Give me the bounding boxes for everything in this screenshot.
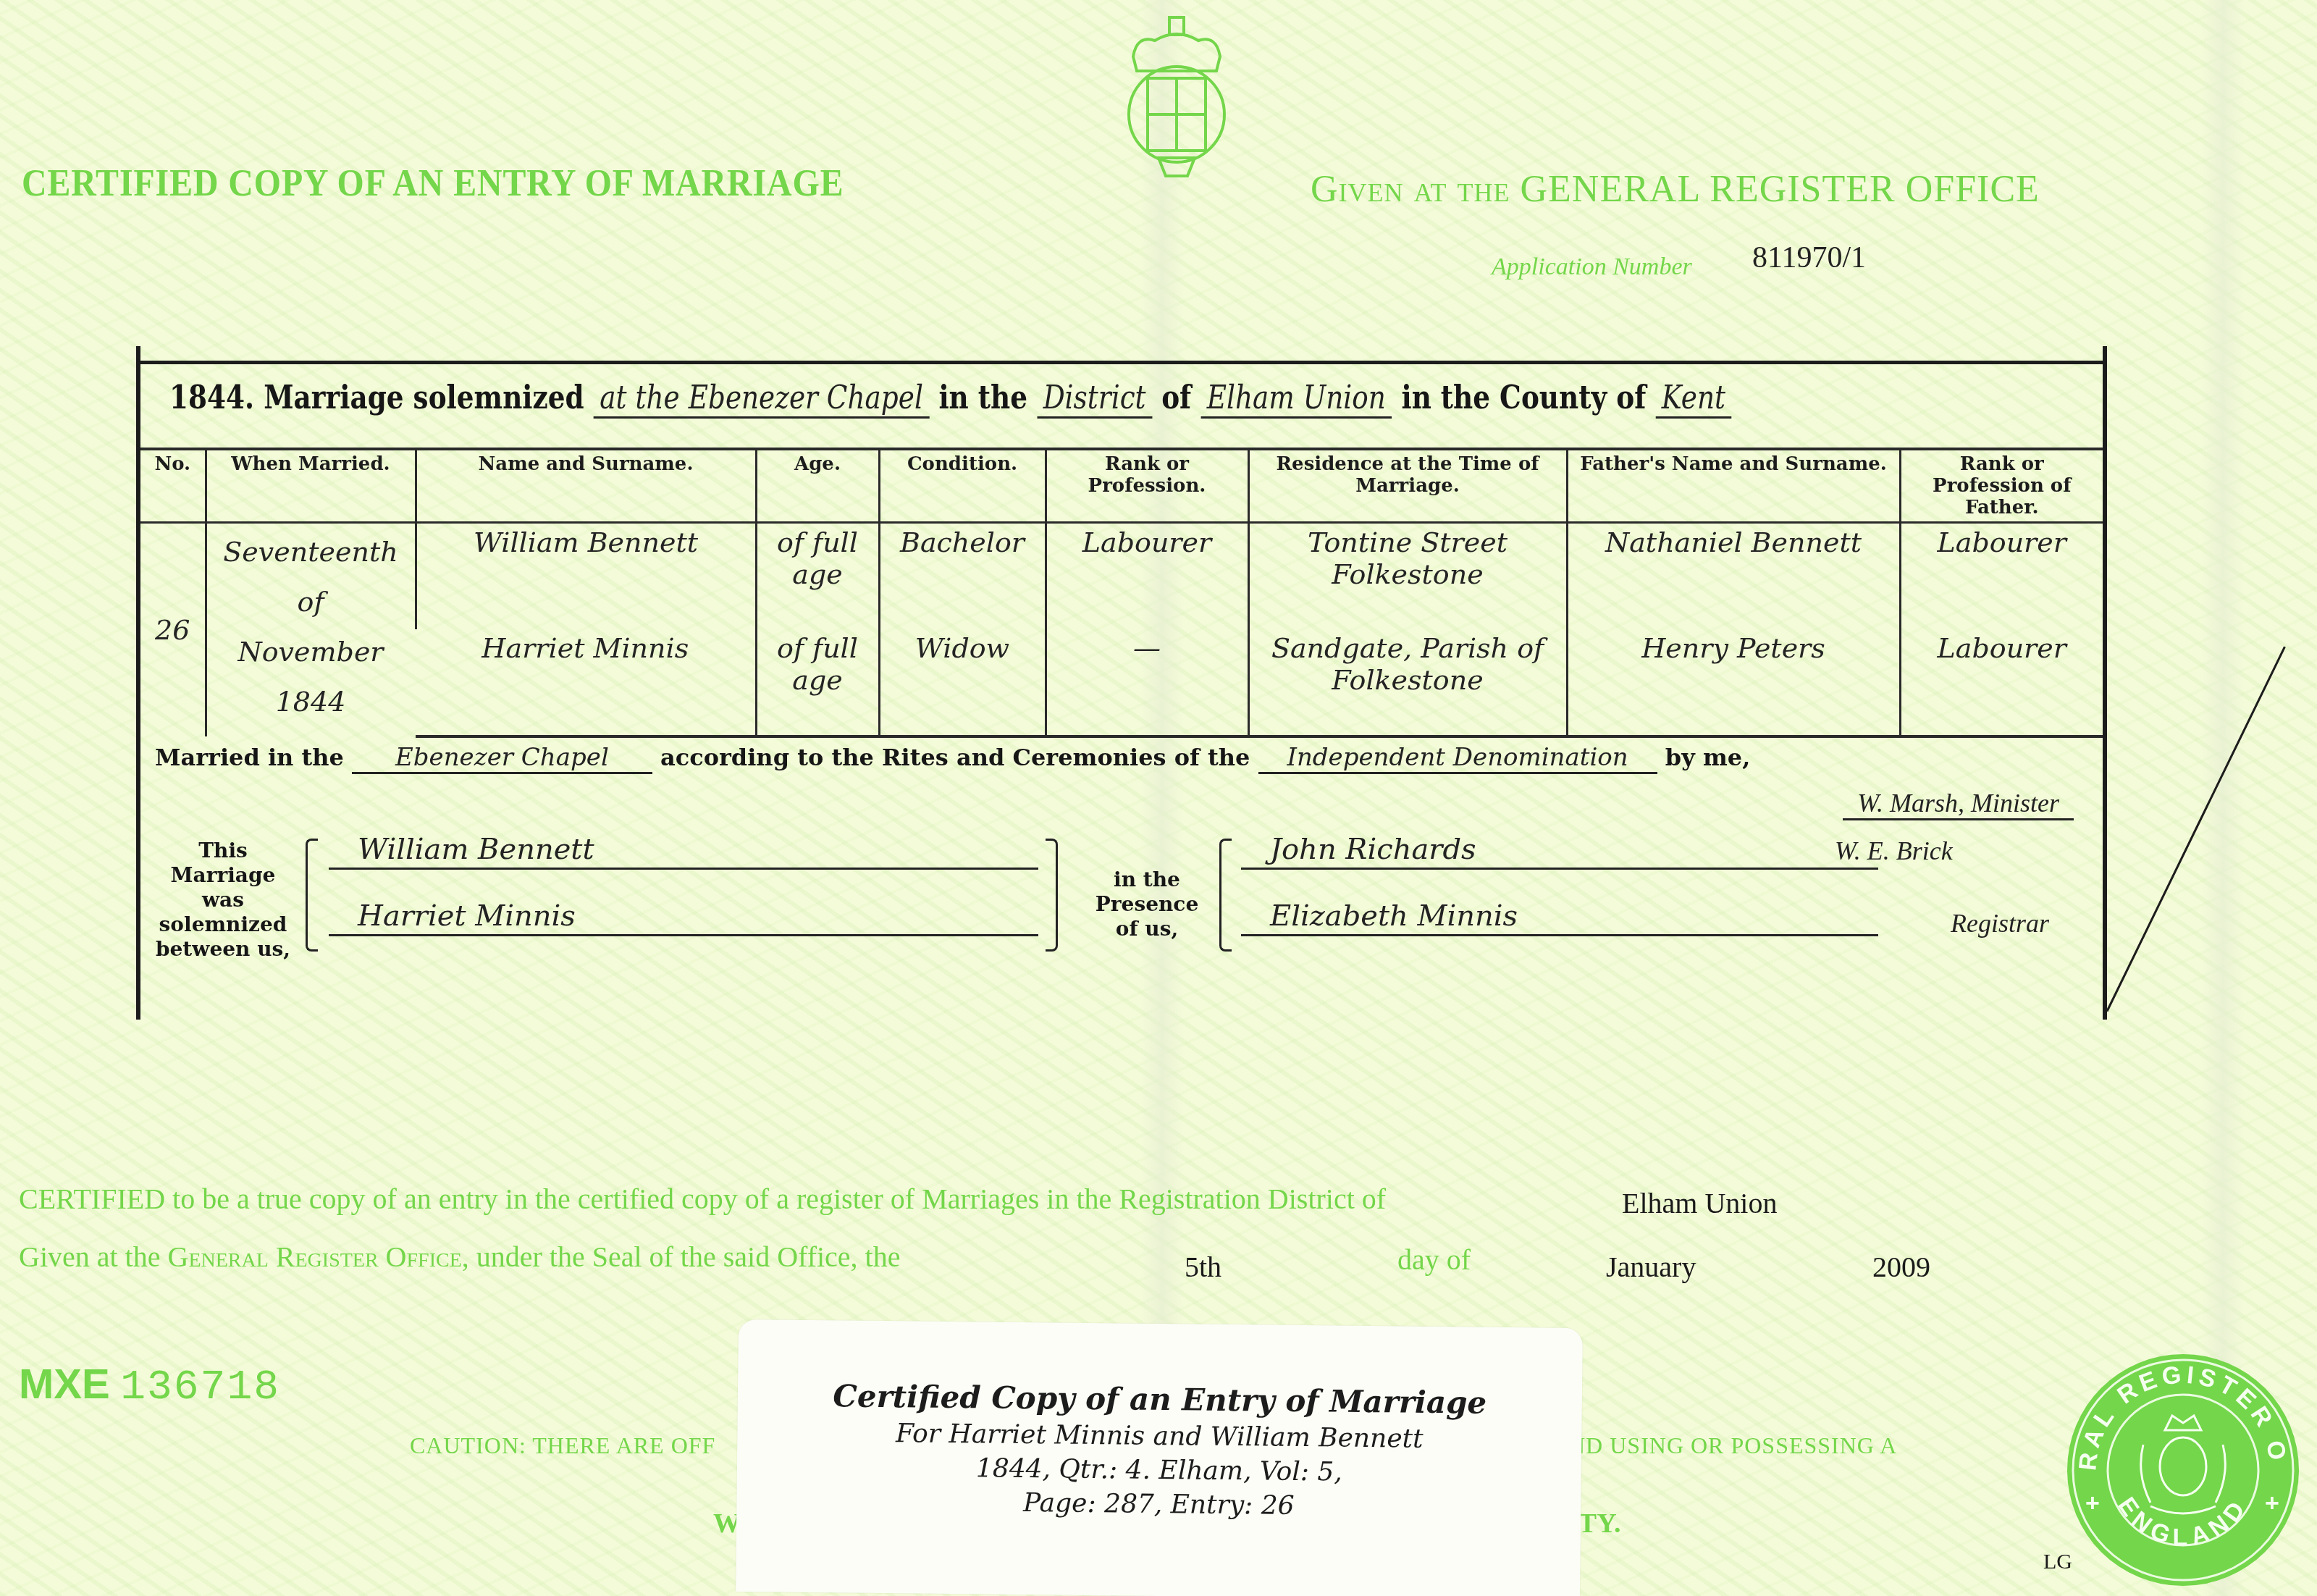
column-header: When Married. (206, 449, 416, 523)
groom-residence: Tontine Street Folkestone (1248, 523, 1567, 630)
certification-line-1: CERTIFIED to be a true copy of an entry … (19, 1182, 1386, 1216)
serial-prefix: MXE (19, 1361, 110, 1408)
column-header: Rank or Profession of Father. (1900, 449, 2103, 523)
certified-word: CERTIFIED (19, 1183, 165, 1215)
certificate-title: CERTIFIED COPY OF AN ENTRY OF MARRIAGE (22, 162, 844, 205)
column-header: No. (140, 449, 206, 523)
column-header: Age. (756, 449, 879, 523)
column-header: Rank or Profession. (1046, 449, 1248, 523)
bride-father-rank: Labourer (1900, 629, 2103, 736)
label-line: This Marriage (151, 839, 295, 888)
application-number-label: Application Number (1492, 253, 1692, 281)
entry-table: No. When Married. Name and Surname. Age.… (140, 448, 2103, 738)
svg-text:+: + (2085, 1490, 2100, 1517)
sticker-page-entry: Page: 287, Entry: 26 (736, 1485, 1581, 1524)
witness-signature: Elizabeth Minnis (1241, 899, 1878, 936)
witness-signature: John Richards (1241, 833, 1878, 870)
issue-day: 5th (1185, 1250, 1221, 1284)
sticker-index: 1844, Qtr.: 4. Elham, Vol: 5, (737, 1451, 1581, 1490)
when-married-month: November (213, 636, 409, 668)
groom-rank: Labourer (1046, 523, 1248, 630)
when-married-of: of (213, 586, 409, 618)
reference-sticker: Certified Copy of an Entry of Marriage F… (736, 1319, 1583, 1596)
bride-age: of full age (756, 629, 879, 736)
top-rule (140, 361, 2103, 364)
when-married: Seventeenth of November 1844 (206, 523, 416, 737)
marriage-place: at the Ebenezer Chapel (594, 379, 930, 419)
serial-number: MXE 136718 (19, 1360, 280, 1411)
application-number: 811970/1 (1752, 240, 1866, 275)
when-married-day: Seventeenth (213, 536, 409, 568)
registrar-signature: W. E. Brick (1835, 836, 1953, 866)
registrar-title: Registrar (1951, 908, 2049, 938)
caution-right: ND USING OR POSSESSING A (1568, 1432, 1897, 1459)
rites-label: according to the Rites and Ceremonies of… (660, 744, 1250, 771)
rites-denomination: Independent Denomination (1258, 743, 1657, 774)
of-label: of (1161, 379, 1191, 416)
presence-label: in the Presence of us, (1082, 868, 1212, 941)
bride-name: Harriet Minnis (416, 629, 756, 736)
solemnized-between-label: This Marriage was solemnized between us, (151, 839, 295, 962)
given-at-text: Given at the (19, 1240, 161, 1273)
register-county: Kent (1655, 379, 1731, 419)
seal-text: , under the Seal of the said Office, the (462, 1240, 901, 1273)
bride-rank: — (1046, 629, 1248, 736)
register-year: 1844 (169, 379, 245, 416)
married-in-line: Married in the Ebenezer Chapel according… (155, 743, 1750, 772)
groom-name: William Bennett (416, 523, 756, 630)
column-header: Residence at the Time of Marriage. (1248, 449, 1567, 523)
label-line: Presence (1082, 892, 1212, 917)
clerk-initials: LG (2043, 1550, 2072, 1574)
table-row: 26 Seventeenth of November 1844 William … (140, 523, 2103, 630)
groom-condition: Bachelor (879, 523, 1046, 630)
married-in-place: Ebenezer Chapel (352, 743, 652, 774)
sticker-names: For Harriet Minnis and William Bennett (737, 1417, 1581, 1456)
county-of-label: of (1616, 379, 1646, 416)
general-register-office-seal-icon: GENERAL REGISTER OFFICE ENGLAND + + (2064, 1351, 2303, 1589)
issue-year: 2009 (1872, 1250, 1930, 1284)
column-header: Father's Name and Surname. (1567, 449, 1900, 523)
given-at-office: GENERAL REGISTER OFFICE (1521, 169, 2040, 210)
given-at-heading: Given at the GENERAL REGISTER OFFICE (1311, 168, 2040, 211)
married-in-label: Married in the (155, 744, 344, 771)
bride-signature: Harriet Minnis (329, 899, 1038, 936)
caution-left: CAUTION: THERE ARE OFF (410, 1432, 715, 1459)
column-header: Condition. (879, 449, 1046, 523)
when-married-year: 1844 (213, 686, 409, 718)
table-row: Harriet Minnis of full age Widow — Sandg… (140, 629, 2103, 736)
bride-father-name: Henry Peters (1567, 629, 1900, 736)
label-line: in the (1082, 868, 1212, 892)
given-at-prefix: Given at the (1311, 169, 1510, 210)
bride-residence: Sandgate, Parish of Folkestone (1248, 629, 1567, 736)
solemnized-label: Marriage solemnized (264, 379, 584, 416)
registration-district: Elham Union (1622, 1186, 1777, 1220)
in-the-label: in the (938, 379, 1027, 416)
sticker-title: Certified Copy of an Entry of Marriage (738, 1377, 1582, 1421)
district-word: District (1037, 379, 1152, 419)
label-line: solemnized (151, 912, 295, 937)
day-of-label: day of (1397, 1243, 1471, 1277)
svg-text:+: + (2265, 1490, 2279, 1517)
office-name: General Register Office (168, 1240, 462, 1273)
register-heading: 1844. Marriage solemnized at the Ebeneze… (169, 379, 1732, 416)
groom-signature: William Bennett (329, 833, 1038, 870)
groom-age: of full age (756, 523, 879, 630)
entry-number: 26 (140, 523, 206, 737)
royal-crest-icon (1115, 13, 1238, 180)
by-me-label: by me, (1665, 744, 1750, 771)
certification-line-2: Given at the General Register Office, un… (19, 1240, 900, 1274)
serial-digits: 136718 (120, 1364, 280, 1411)
groom-father-rank: Labourer (1900, 523, 2103, 630)
brace (1046, 839, 1058, 952)
certification-text: to be a true copy of an entry in the cer… (172, 1183, 1386, 1215)
diagonal-line (2106, 647, 2286, 1012)
label-line: was (151, 888, 295, 912)
bride-condition: Widow (879, 629, 1046, 736)
register-district: Elham Union (1200, 379, 1392, 419)
label-line: between us, (151, 937, 295, 962)
brace (306, 839, 318, 952)
county-label: in the County (1401, 379, 1607, 416)
register-entry: 1844. Marriage solemnized at the Ebeneze… (136, 346, 2107, 1020)
minister-signature: W. Marsh, Minister (1843, 788, 2074, 820)
groom-father-name: Nathaniel Bennett (1567, 523, 1900, 630)
table-header-row: No. When Married. Name and Surname. Age.… (140, 449, 2103, 523)
brace (1219, 839, 1232, 952)
label-line: of us, (1082, 917, 1212, 941)
issue-month: January (1606, 1250, 1696, 1284)
column-header: Name and Surname. (416, 449, 756, 523)
